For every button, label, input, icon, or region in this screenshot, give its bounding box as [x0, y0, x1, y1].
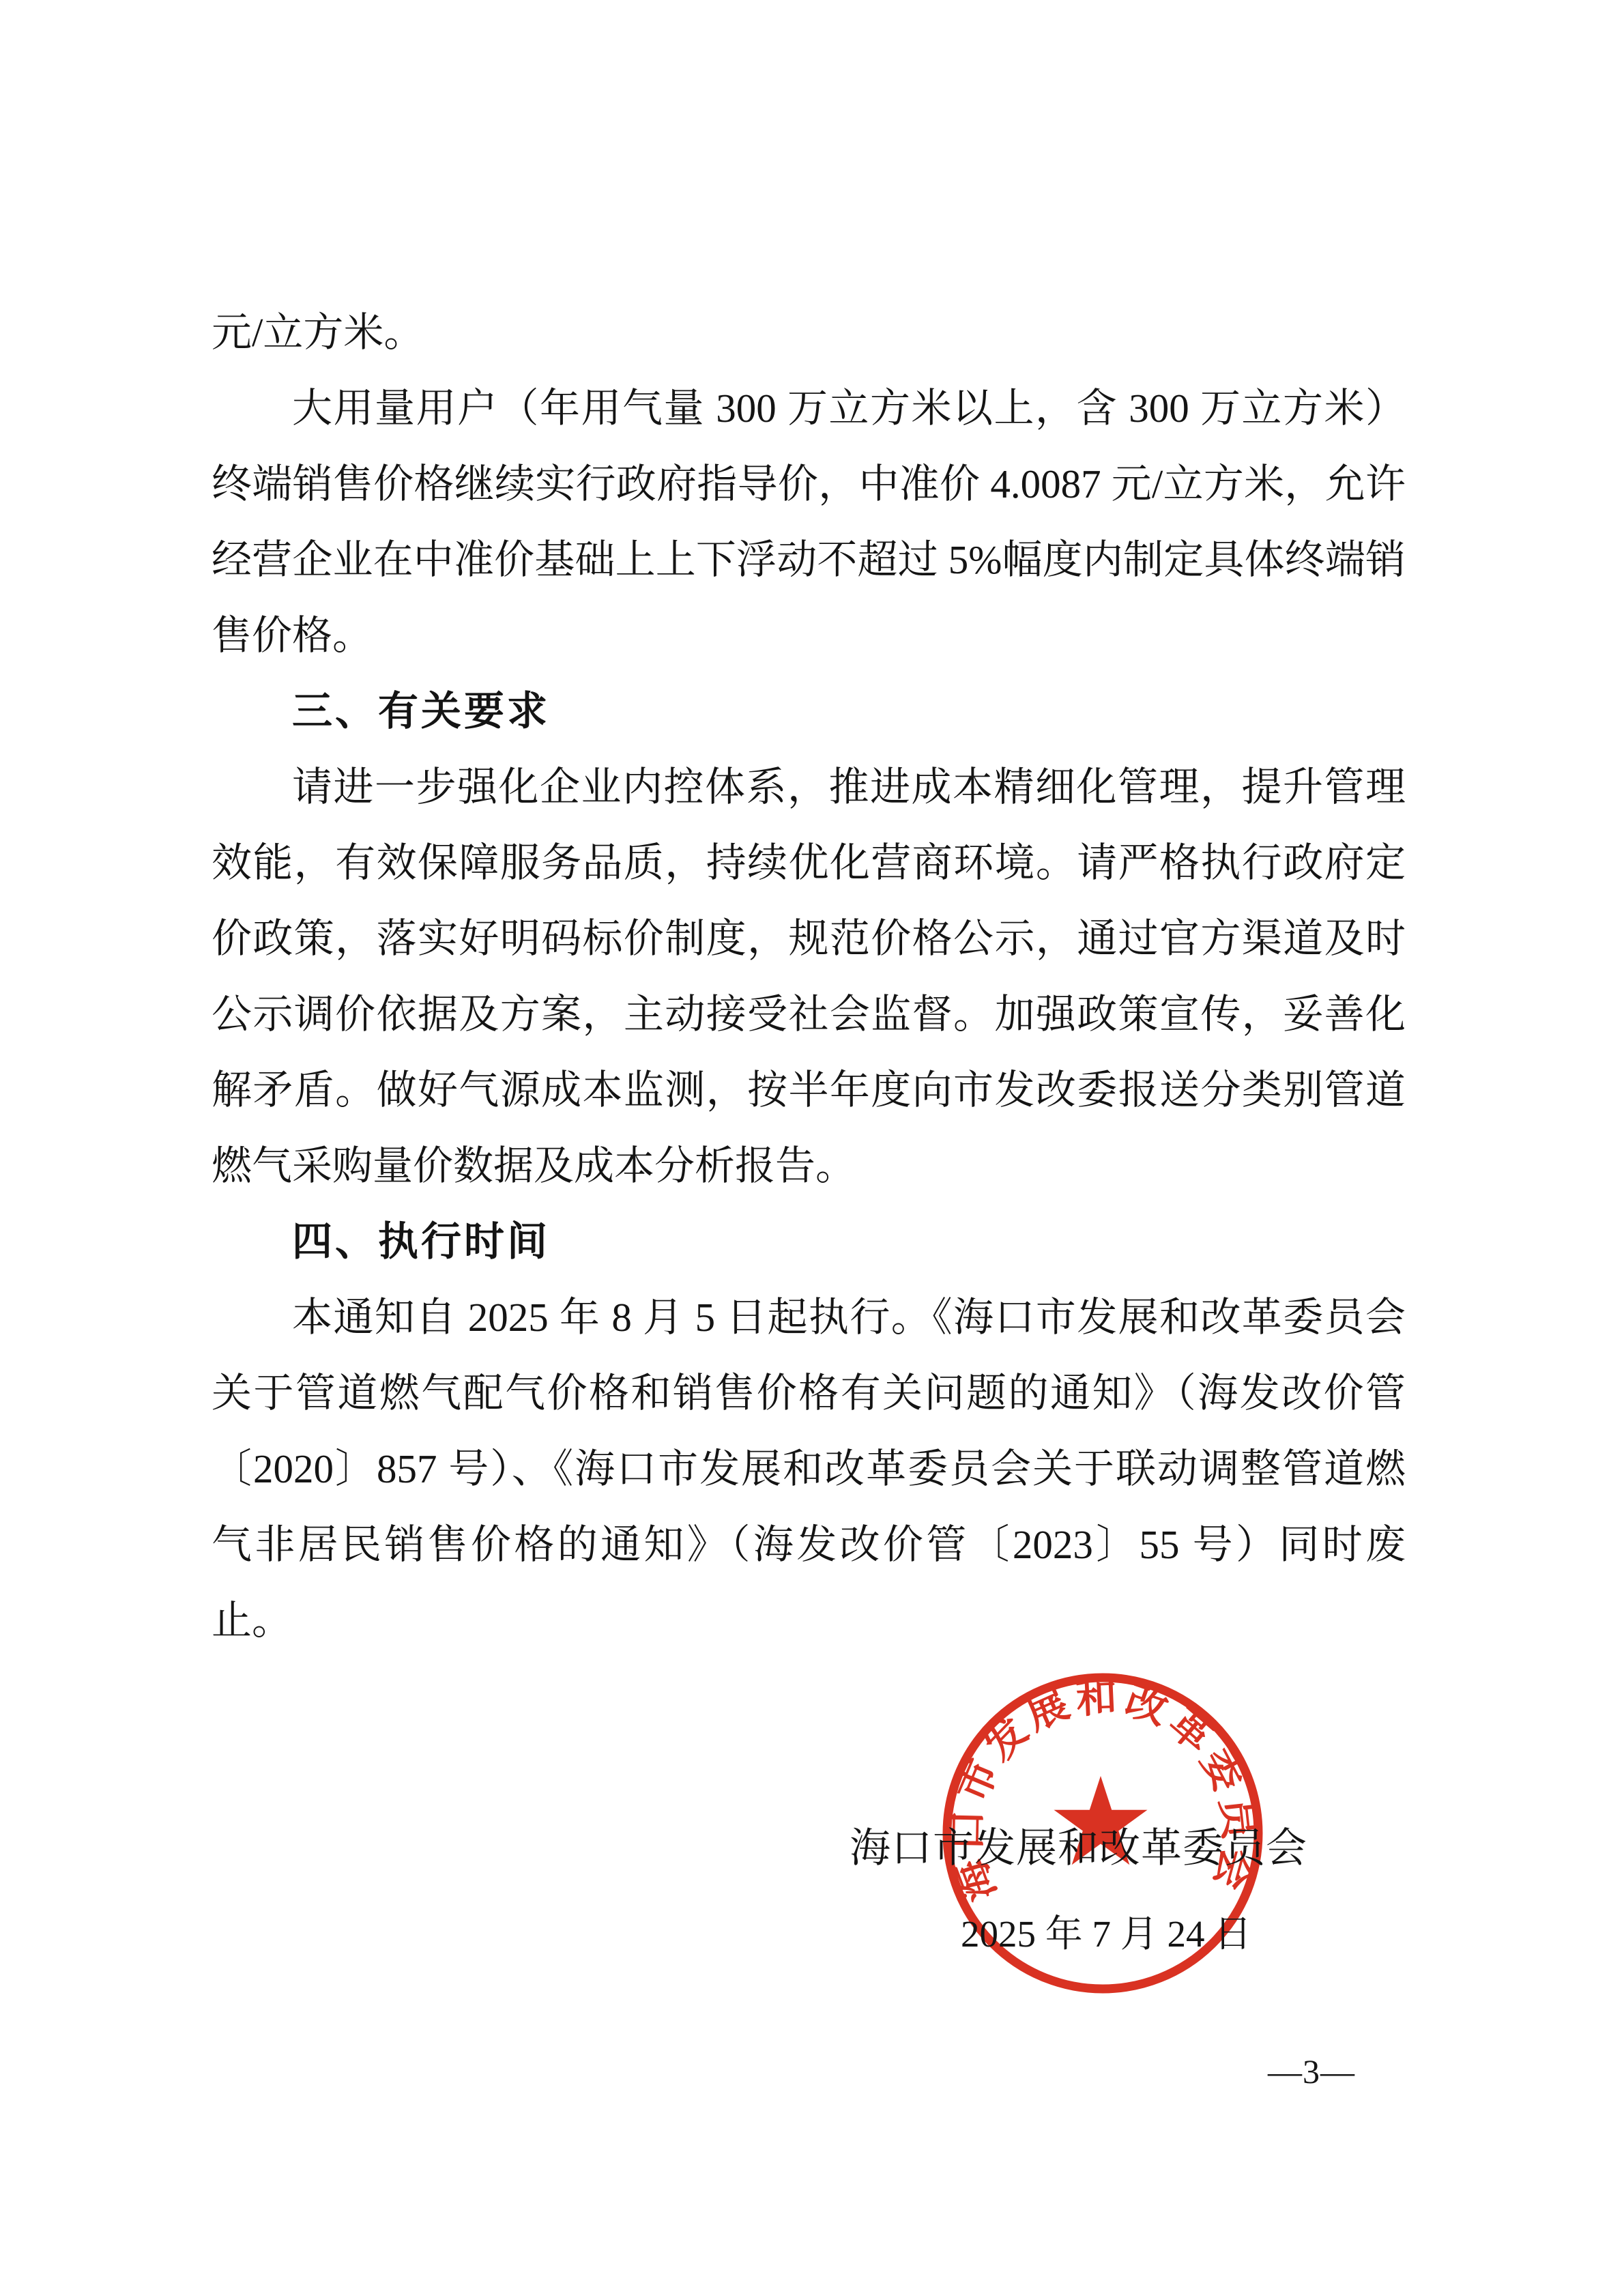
paragraph-unit-continuation: 元/立方米。 [212, 295, 1406, 371]
signature-date: 2025 年 7 月 24 日 [961, 1910, 1251, 1959]
document-page: 元/立方米。 大用量用户（年用气量 300 万立方米以上，含 300 万立方米）… [0, 0, 1624, 2296]
heading-execution-time: 四、执行时间 [212, 1204, 1406, 1280]
document-body: 元/立方米。 大用量用户（年用气量 300 万立方米以上，含 300 万立方米）… [212, 295, 1406, 1659]
heading-requirements: 三、有关要求 [212, 674, 1406, 749]
paragraph-large-users: 大用量用户（年用气量 300 万立方米以上，含 300 万立方米）终端销售价格继… [212, 371, 1406, 674]
paragraph-requirements: 请进一步强化企业内控体系，推进成本精细化管理，提升管理效能，有效保障服务品质，持… [212, 749, 1406, 1204]
paragraph-execution: 本通知自 2025 年 8 月 5 日起执行。《海口市发展和改革委员会关于管道燃… [212, 1280, 1406, 1659]
signature-organization: 海口市发展和改革委员会 [850, 1821, 1307, 1876]
page-number: —3— [1268, 2051, 1355, 2092]
